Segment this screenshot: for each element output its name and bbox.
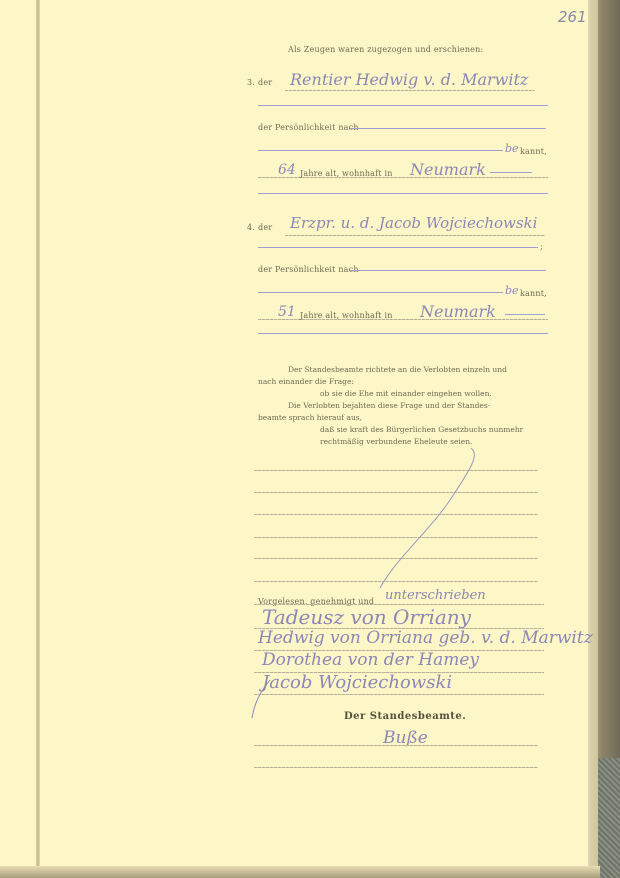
strike-through-stroke bbox=[0, 0, 588, 866]
document-page: 261 Als Zeugen waren zugezogen und ersch… bbox=[0, 0, 588, 866]
page-bottom-edge bbox=[0, 866, 600, 878]
